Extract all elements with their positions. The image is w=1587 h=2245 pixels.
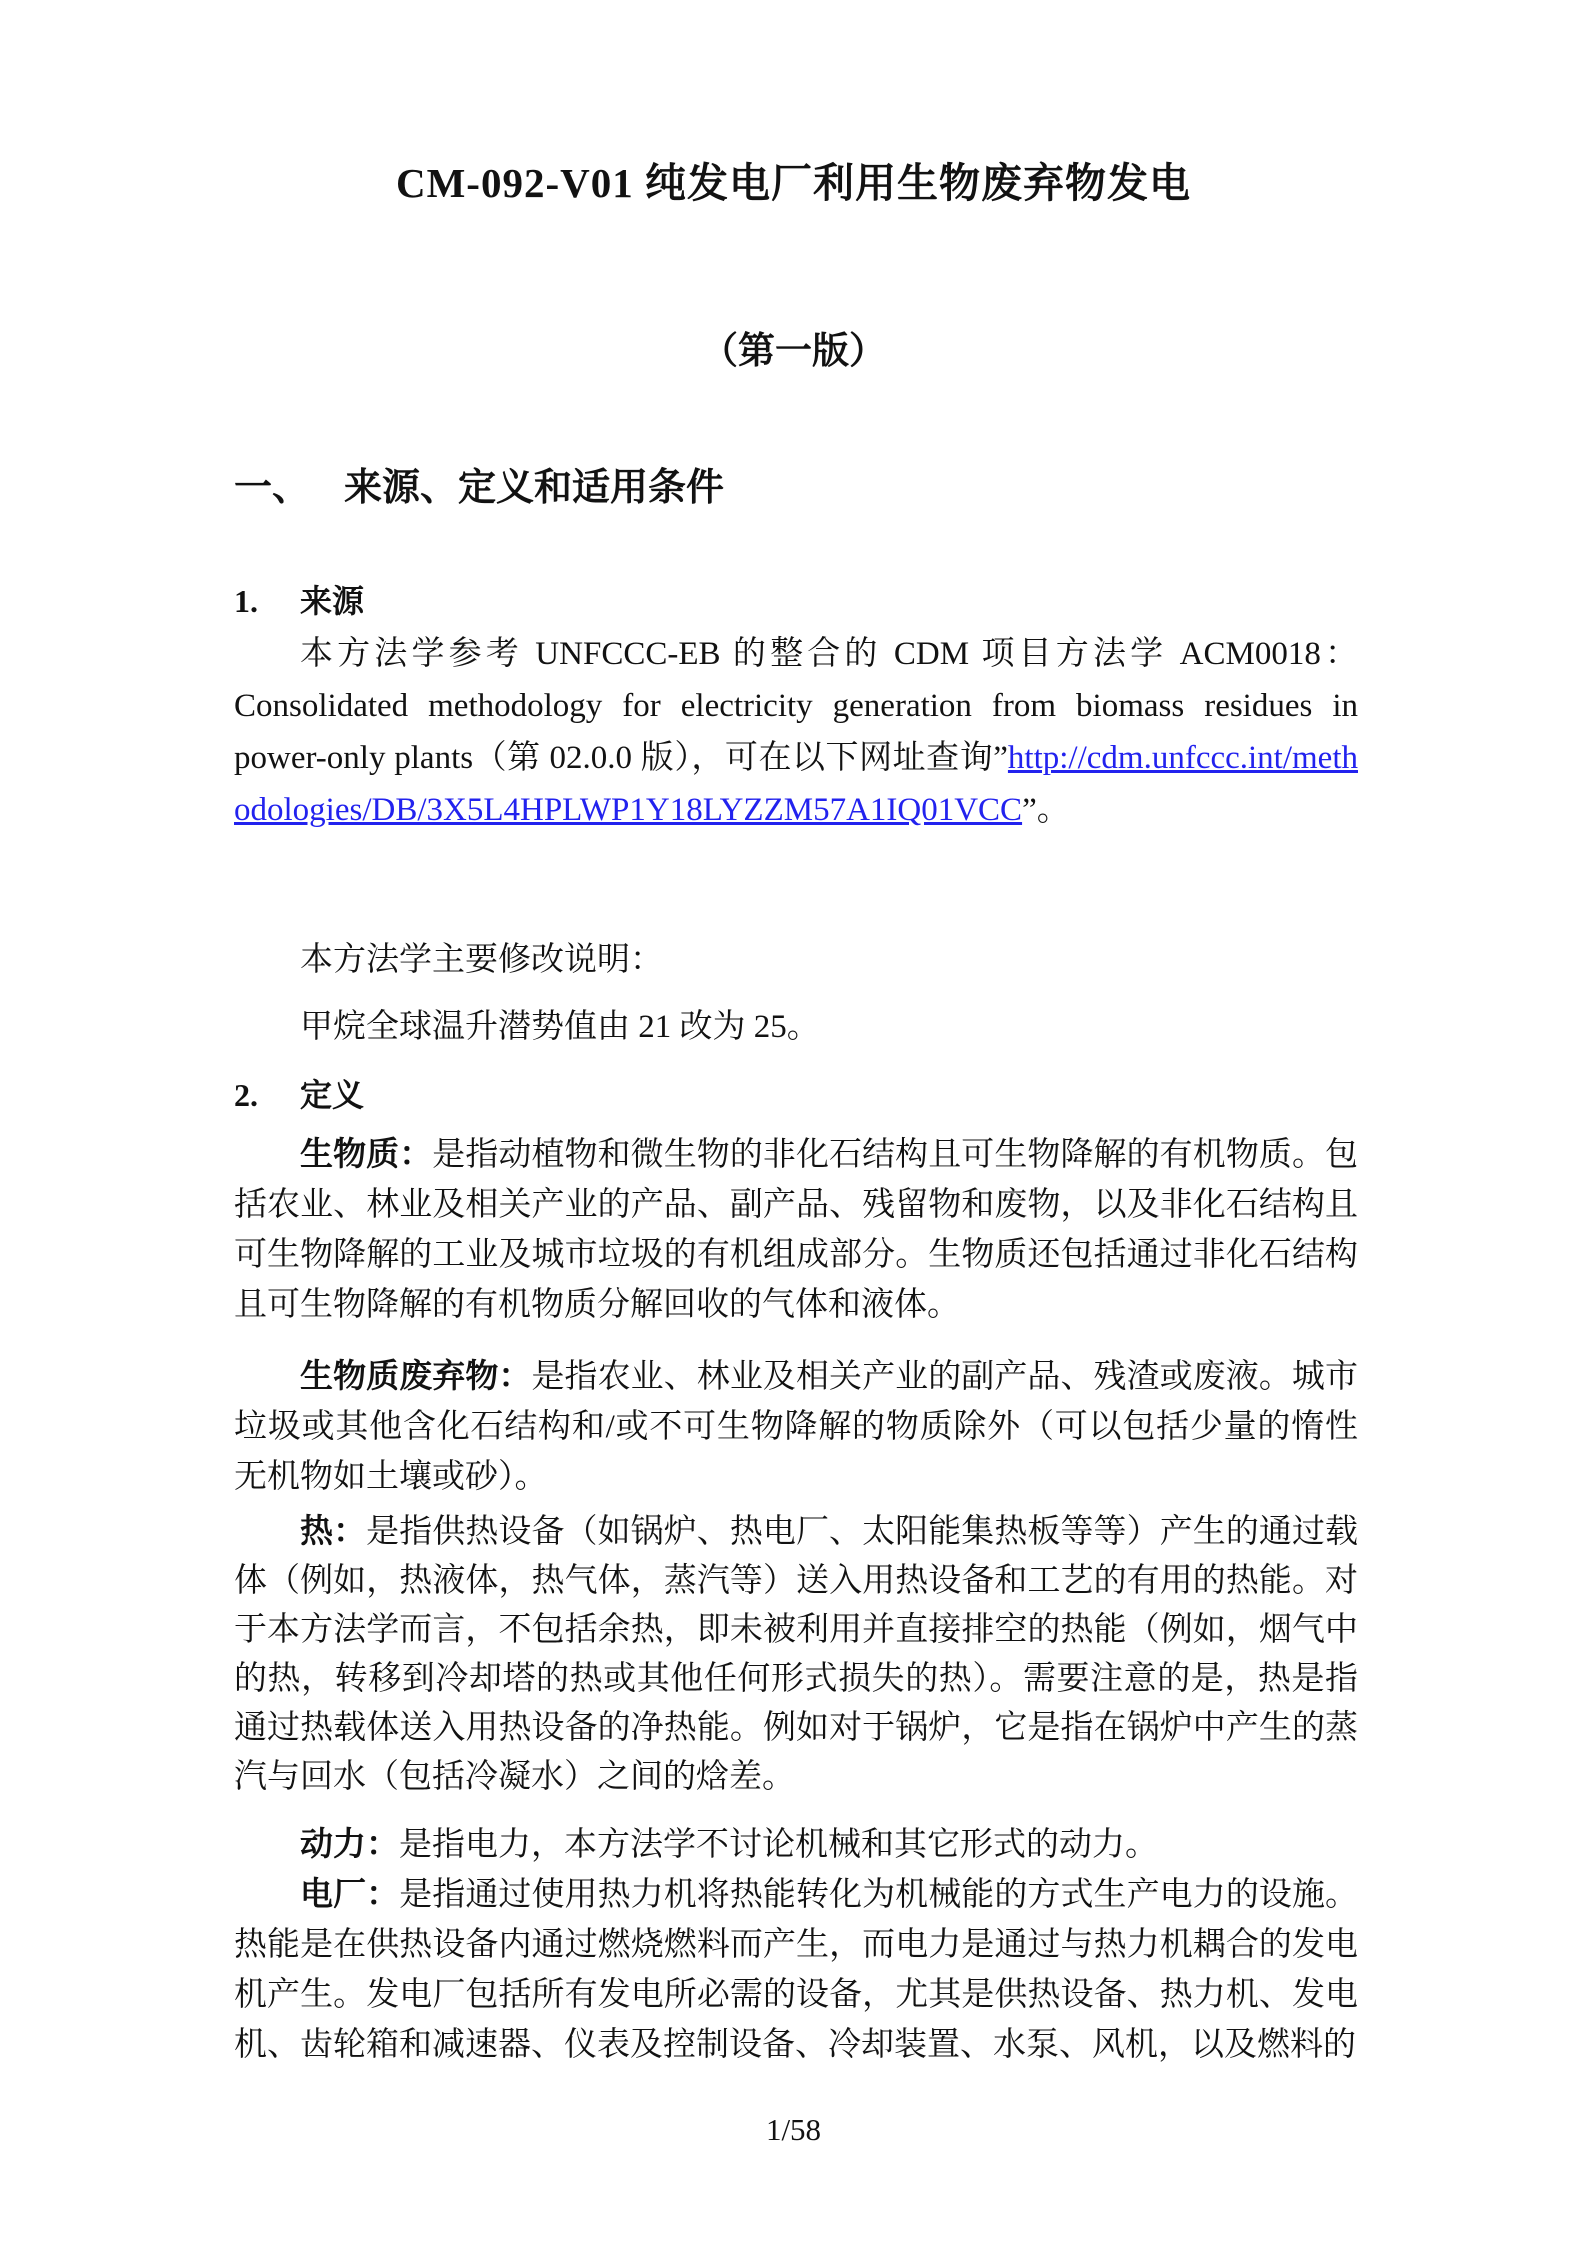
source-intro-paragraph: 本方法学参考 UNFCCC-EB 的整合的 CDM 项目方法学 ACM0018：… <box>234 628 1358 836</box>
definition-power-text: 是指电力，本方法学不讨论机械和其它形式的动力。 <box>399 1827 1158 1863</box>
heading-definitions: 2.定义 <box>234 1070 1358 1116</box>
definition-biomass: 生物质：是指动植物和微生物的非化石结构且可生物降解的有机物质。包括农业、林业及相… <box>234 1130 1358 1330</box>
section-heading-number: 一、 <box>234 467 310 509</box>
heading-definitions-title: 定义 <box>300 1077 364 1113</box>
definition-biomass-waste: 生物质废弃物：是指农业、林业及相关产业的副产品、残渣或废液。城市垃圾或其他含化石… <box>234 1352 1358 1502</box>
definition-biomass-waste-term: 生物质废弃物： <box>300 1359 531 1395</box>
definition-heat-term: 热： <box>300 1514 366 1550</box>
section-heading-title: 来源、定义和适用条件 <box>344 467 724 509</box>
definition-heat: 热：是指供热设备（如锅炉、热电厂、太阳能集热板等等）产生的通过载体（例如，热液体… <box>234 1508 1358 1802</box>
source-intro-closing: ”。 <box>1022 792 1070 828</box>
document-subtitle: （第一版） <box>0 320 1587 374</box>
definition-power-plant-text: 是指通过使用热力机将热能转化为机械能的方式生产电力的设施。热能是在供热设备内通过… <box>234 1877 1358 2063</box>
heading-definitions-number: 2. <box>234 1077 258 1113</box>
definition-heat-text: 是指供热设备（如锅炉、热电厂、太阳能集热板等等）产生的通过载体（例如，热液体，热… <box>234 1514 1358 1795</box>
document-title: CM-092-V01 纯发电厂利用生物废弃物发电 <box>0 150 1587 209</box>
revision-note-text: 甲烷全球温升潜势值由 21 改为 25。 <box>234 1002 1358 1052</box>
definition-power-term: 动力： <box>300 1827 399 1863</box>
heading-source-number: 1. <box>234 583 258 619</box>
revision-note-label: 本方法学主要修改说明： <box>234 935 1358 985</box>
section-heading-sources-definitions: 一、来源、定义和适用条件 <box>234 456 1358 511</box>
definition-power-plant-term: 电厂： <box>300 1877 399 1913</box>
definition-power-plant: 电厂：是指通过使用热力机将热能转化为机械能的方式生产电力的设施。热能是在供热设备… <box>234 1870 1358 2070</box>
heading-source: 1.来源 <box>234 576 1358 622</box>
page-number: 1/58 <box>0 2112 1587 2148</box>
definition-power: 动力：是指电力，本方法学不讨论机械和其它形式的动力。 <box>234 1820 1358 1870</box>
definition-biomass-term: 生物质： <box>300 1137 432 1173</box>
heading-source-title: 来源 <box>300 583 364 619</box>
document-page: CM-092-V01 纯发电厂利用生物废弃物发电 （第一版） 一、来源、定义和适… <box>0 0 1587 2245</box>
